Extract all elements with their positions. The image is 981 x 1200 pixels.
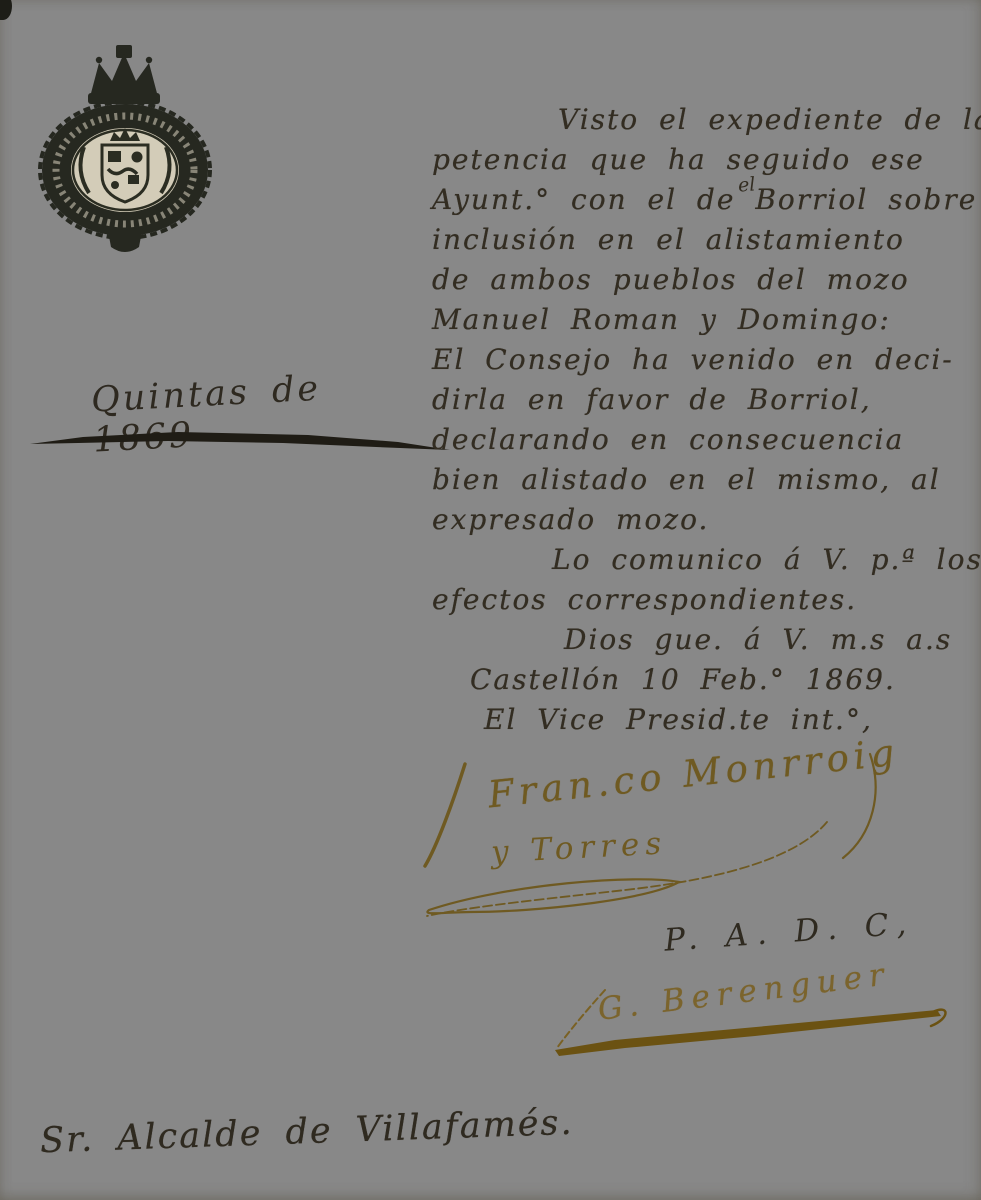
manuscript-line: dirla en favor de Borriol, xyxy=(432,380,967,420)
manuscript-line: declarando en consecuencia xyxy=(432,420,967,460)
corner-ink-mark xyxy=(0,0,12,20)
manuscript-line: Visto el expediente de la com- xyxy=(432,100,967,140)
signature-vice-president: Fran.co Monrroig y Torres xyxy=(415,738,945,930)
margin-underline-stroke xyxy=(28,428,453,460)
manuscript-line: Castellón 10 Feb.° 1869. xyxy=(432,660,967,700)
manuscript-line: bien alistado en el mismo, al xyxy=(432,460,967,500)
manuscript-line: Manuel Roman y Domingo: xyxy=(432,300,967,340)
signature-secretary: G. Berenguer xyxy=(545,972,960,1072)
manuscript-line: de ambos pueblos del mozo xyxy=(432,260,967,300)
manuscript-line: Ayunt.° con el de Borriol sobre xyxy=(432,180,967,220)
interlinear-insert: el xyxy=(737,173,756,196)
manuscript-line: Lo comunico á V. p.ª los xyxy=(432,540,967,580)
addressee-line: Sr. Alcalde de Villafamés. xyxy=(39,1103,574,1162)
manuscript-page: Quintas de 1869 Visto el expediente de l… xyxy=(0,0,981,1200)
manuscript-line: petencia que ha seguido ese xyxy=(432,140,967,180)
manuscript-line: efectos correspondientes. xyxy=(432,580,967,620)
manuscript-line: El Consejo ha venido en deci- xyxy=(432,340,967,380)
official-seal-stamp-icon xyxy=(38,45,213,260)
manuscript-line: expresado mozo. xyxy=(432,500,967,540)
manuscript-line: Dios gue. á V. m.s a.s xyxy=(432,620,967,660)
manuscript-line: inclusión en el alistamiento xyxy=(432,220,967,260)
letter-body: Visto el expediente de la com- petencia … xyxy=(432,100,967,740)
